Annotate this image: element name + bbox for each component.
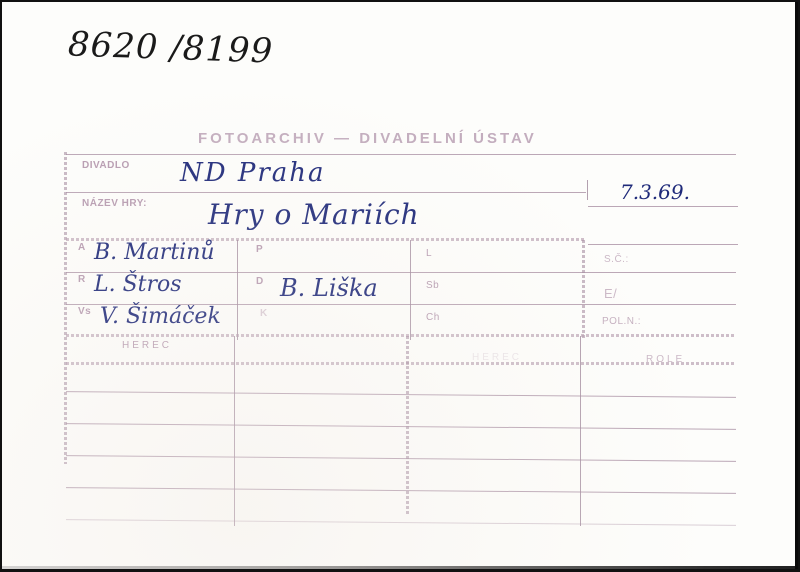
archive-stamp-header: FOTOARCHIV — DIVADELNÍ ÚSTAV bbox=[198, 130, 537, 147]
label-sc: S.Č.: bbox=[604, 254, 629, 265]
cast-row-line-5 bbox=[66, 519, 736, 526]
cast-row-line-2 bbox=[66, 423, 736, 430]
label-sb: Sb bbox=[426, 280, 439, 291]
label-ch: Ch bbox=[426, 312, 440, 323]
credits-row-line-3 bbox=[66, 334, 736, 337]
date-underline bbox=[588, 206, 738, 207]
catalog-number: 8620 /8199 bbox=[67, 24, 274, 71]
label-nazev-hry: NÁZEV HRY: bbox=[82, 198, 147, 209]
divadlo-underline bbox=[66, 192, 586, 193]
right-block-top bbox=[588, 244, 738, 245]
cast-row-line-1 bbox=[66, 391, 736, 398]
credits-divider-1 bbox=[237, 240, 238, 340]
label-pol-n: POL.N.: bbox=[602, 316, 641, 327]
form-top-border bbox=[66, 154, 736, 155]
date-box-divider bbox=[587, 180, 588, 200]
label-k: K bbox=[260, 308, 268, 319]
label-l: L bbox=[426, 248, 432, 259]
cast-row-line-4 bbox=[66, 487, 736, 494]
value-vs: V. Šimáček bbox=[100, 304, 221, 329]
label-d: D bbox=[256, 276, 264, 287]
label-e: E/ bbox=[604, 286, 617, 301]
value-a: B. Martinů bbox=[94, 240, 215, 265]
label-r: R bbox=[78, 274, 86, 285]
label-vs: Vs bbox=[78, 306, 91, 317]
cast-divider-3 bbox=[580, 336, 581, 526]
value-r: L. Štros bbox=[94, 272, 182, 297]
cast-header-herec-1: HEREC bbox=[122, 340, 172, 351]
value-d: B. Liška bbox=[280, 274, 378, 302]
value-date: 7.3.69. bbox=[620, 180, 690, 204]
label-divadlo: DIVADLO bbox=[82, 160, 130, 171]
cast-header-line bbox=[66, 362, 736, 365]
scan-bottom-edge bbox=[2, 566, 795, 569]
label-p: P bbox=[256, 244, 263, 255]
cast-row-line-3 bbox=[66, 455, 736, 462]
value-nazev-hry: Hry o Mariích bbox=[208, 198, 420, 231]
credits-divider-3 bbox=[582, 240, 585, 340]
value-divadlo: ND Praha bbox=[180, 158, 326, 188]
label-a: A bbox=[78, 242, 86, 253]
credits-divider-2 bbox=[410, 240, 411, 340]
form-left-border bbox=[64, 152, 67, 464]
cast-divider-1 bbox=[234, 336, 235, 526]
scanned-card: 8620 /8199 FOTOARCHIV — DIVADELNÍ ÚSTAV … bbox=[2, 2, 798, 569]
